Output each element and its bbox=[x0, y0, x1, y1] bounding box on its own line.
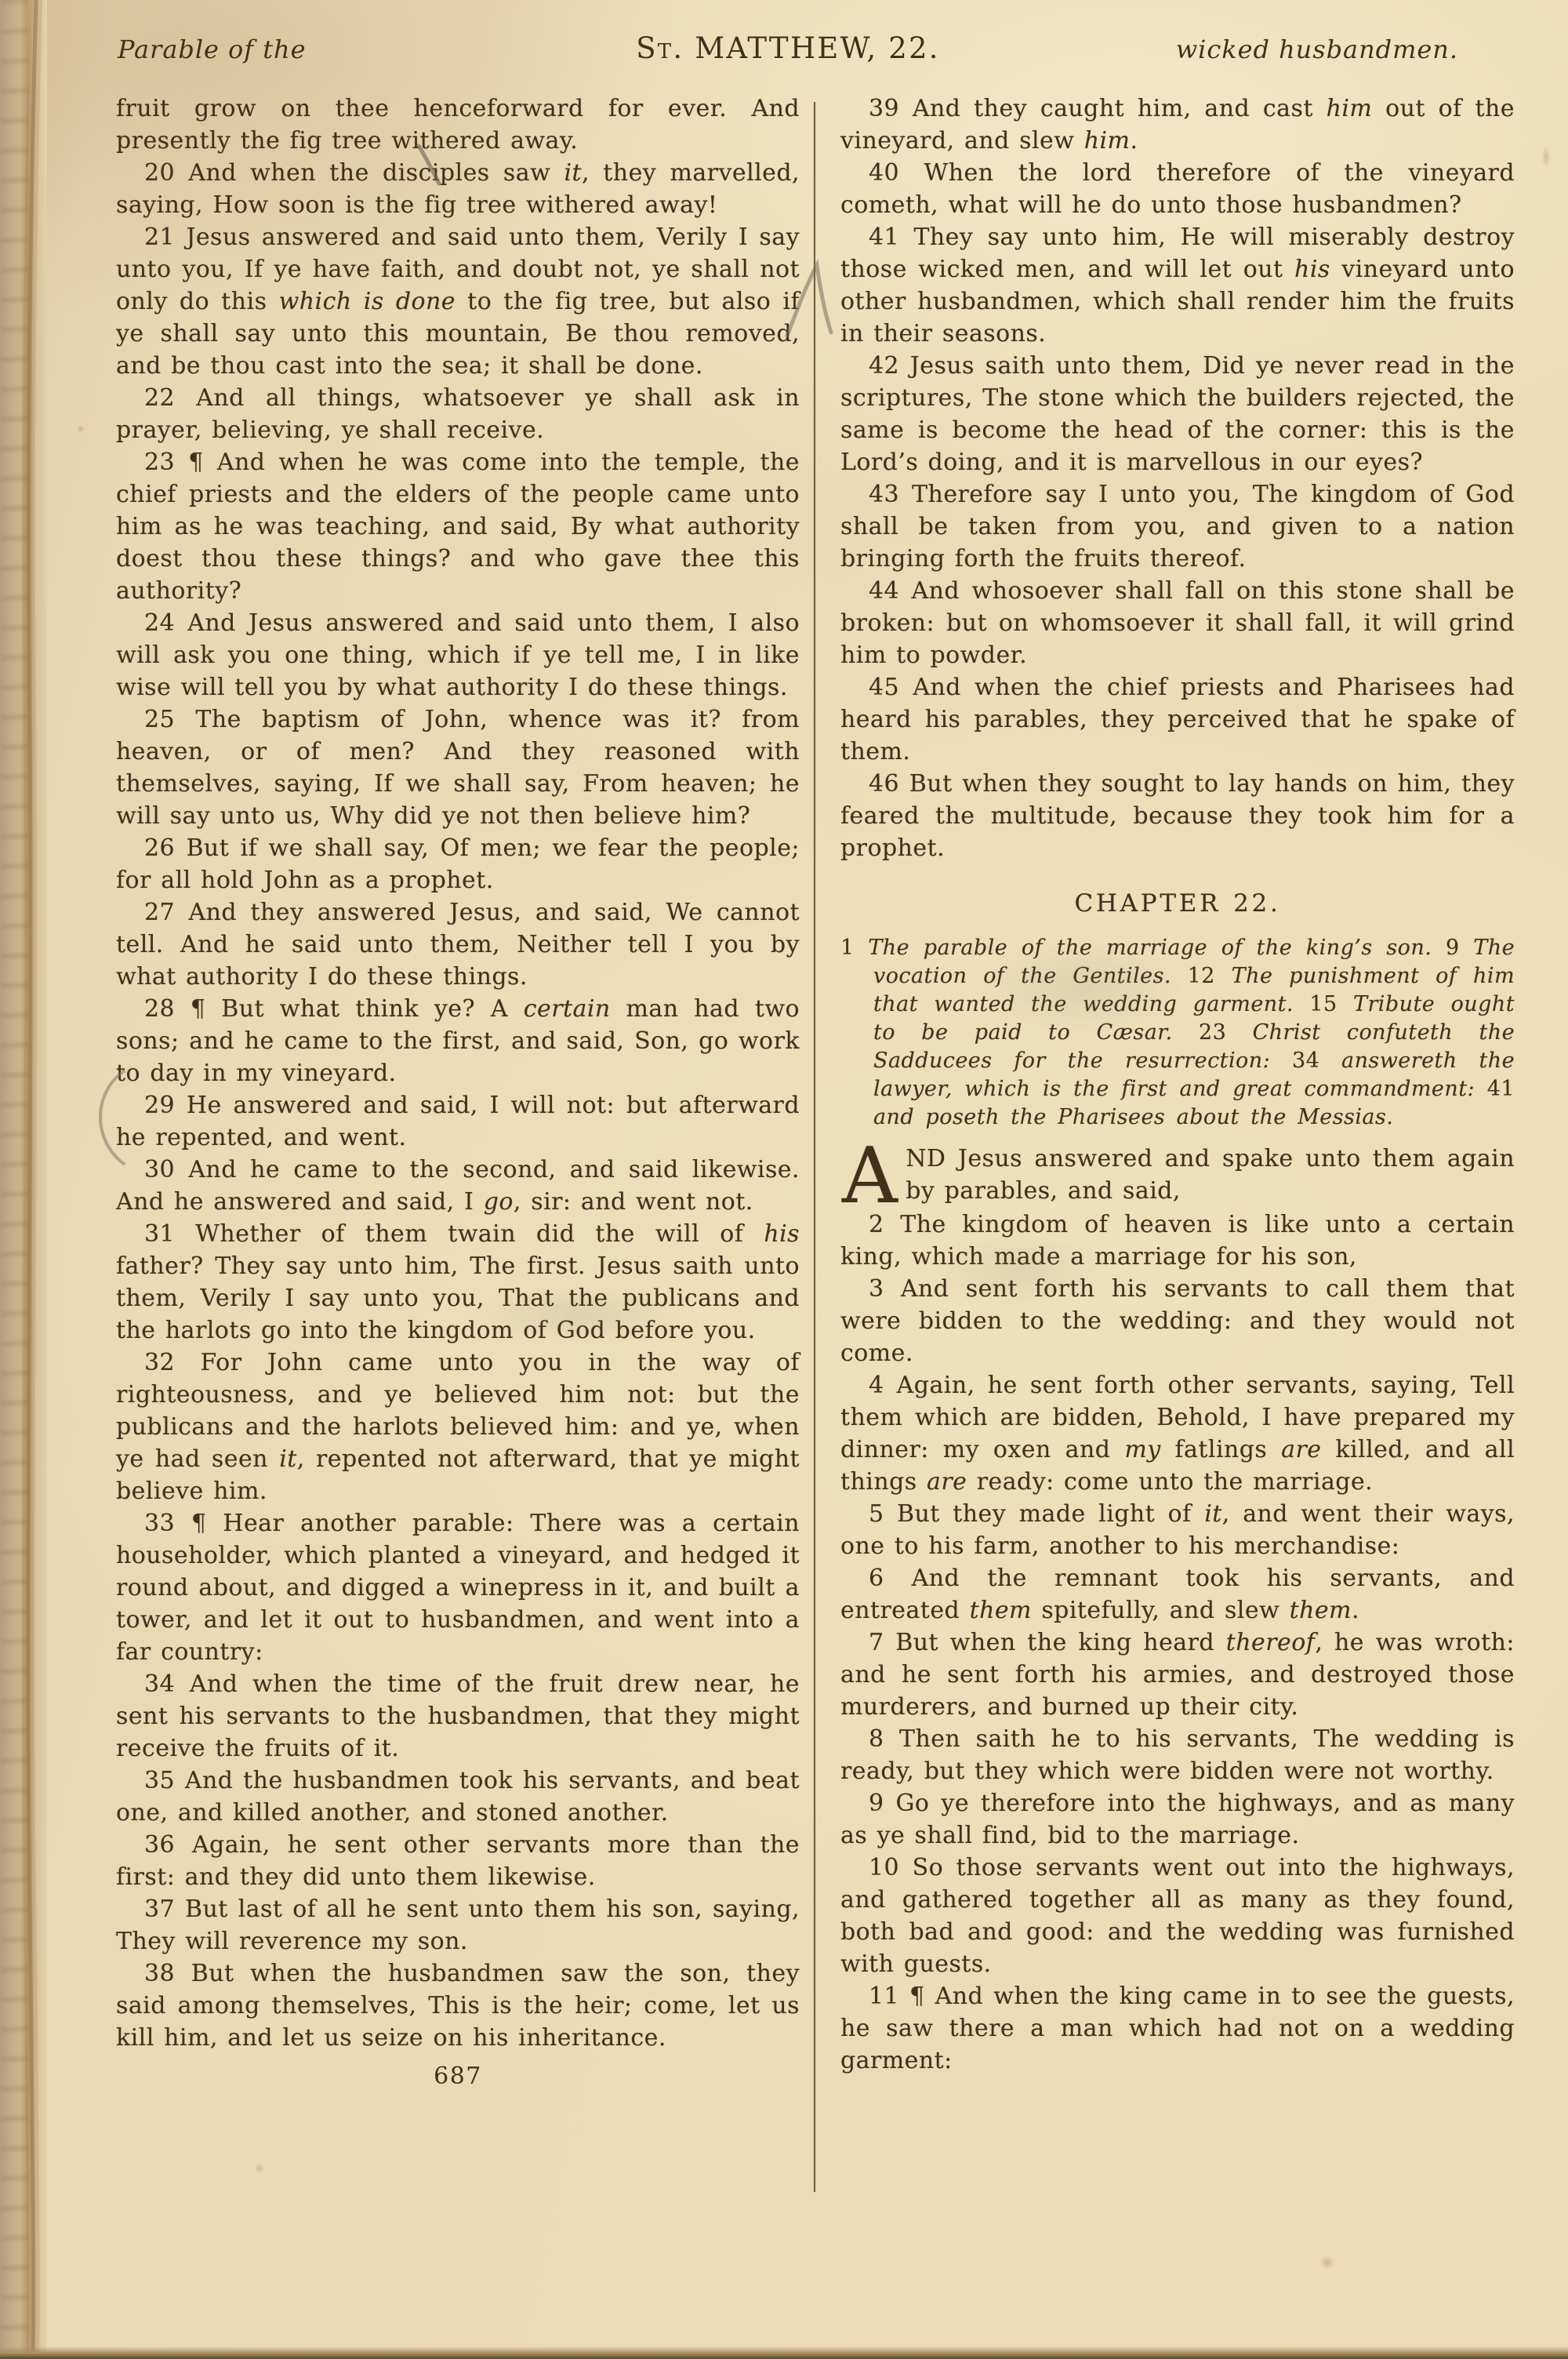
italic-text-run: them bbox=[970, 1597, 1032, 1624]
verse-paragraph: 11 ¶ And when the king came in to see th… bbox=[840, 1980, 1515, 2077]
text-run: 34 bbox=[1270, 1049, 1341, 1073]
verse-paragraph: 10 So those servants went out into the h… bbox=[840, 1852, 1515, 1980]
italic-text-run: which is done bbox=[279, 288, 456, 315]
verse-paragraph: 20 And when the disciples saw it, they m… bbox=[116, 157, 800, 221]
running-head-title: St. MATTHEW, 22. bbox=[486, 31, 1090, 65]
verse-paragraph: 33 ¶ Hear another parable: There was a c… bbox=[116, 1507, 800, 1668]
verse-paragraph: 46 But when they sought to lay hands on … bbox=[840, 768, 1515, 864]
verse-paragraph: 34 And when the time of the fruit drew n… bbox=[116, 1668, 800, 1765]
text-run: 1 bbox=[840, 936, 868, 960]
text-run: 42 Jesus saith unto them, Did ye never r… bbox=[840, 352, 1515, 476]
text-run: 31 Whether of them twain did the will of bbox=[144, 1220, 764, 1248]
verse-paragraph: 37 But last of all he sent unto them his… bbox=[116, 1893, 800, 1957]
verse-paragraph: 42 Jesus saith unto them, Did ye never r… bbox=[840, 350, 1515, 478]
verse-paragraph: 26 But if we shall say, Of men; we fear … bbox=[116, 832, 800, 896]
verse-paragraph: 45 And when the chief priests and Pharis… bbox=[840, 671, 1515, 768]
verse-paragraph: 28 ¶ But what think ye? A certain man ha… bbox=[116, 993, 800, 1089]
italic-text-run: my bbox=[1124, 1436, 1160, 1463]
italic-text-run: thereof bbox=[1226, 1629, 1316, 1656]
text-run: 43 Therefore say I unto you, The kingdom… bbox=[840, 481, 1515, 572]
foxing-spot bbox=[75, 423, 86, 434]
italic-text-run: it bbox=[279, 1445, 297, 1473]
text-run: 46 But when they sought to lay hands on … bbox=[840, 770, 1515, 862]
verse-paragraph: 35 And the husbandmen took his servants,… bbox=[116, 1765, 800, 1829]
italic-text-run: him bbox=[1327, 95, 1373, 122]
verse-paragraph: 40 When the lord therefore of the vineya… bbox=[840, 157, 1515, 221]
text-run: 8 Then saith he to his servants, The wed… bbox=[840, 1725, 1515, 1785]
verse-paragraph: 5 But they made light of it, and went th… bbox=[840, 1498, 1515, 1562]
text-run: . bbox=[1130, 127, 1138, 154]
text-run: 9 bbox=[1432, 936, 1473, 960]
text-run: . bbox=[1352, 1597, 1359, 1624]
verse-paragraph: 7 But when the king heard thereof, he wa… bbox=[840, 1627, 1515, 1723]
verse-paragraph: 38 But when the husbandmen saw the son, … bbox=[116, 1957, 800, 2054]
italic-text-run: certain bbox=[524, 995, 611, 1023]
opening-verse: AND Jesus answered and spake unto them a… bbox=[840, 1143, 1515, 1209]
text-run: 23 ¶ And when he was come into the templ… bbox=[116, 449, 800, 605]
verse-paragraph: 32 For John came unto you in the way of … bbox=[116, 1347, 800, 1507]
verse-paragraph: 41 They say unto him, He will miserably … bbox=[840, 221, 1515, 350]
continuation-paragraph: fruit grow on thee henceforward for ever… bbox=[116, 93, 800, 157]
text-run: 25 The baptism of John, whence was it? f… bbox=[116, 706, 800, 830]
text-run: 40 When the lord therefore of the vineya… bbox=[840, 159, 1515, 219]
italic-text-run: his bbox=[1294, 256, 1330, 283]
verse-paragraph: 4 Again, he sent forth other servants, s… bbox=[840, 1369, 1515, 1498]
text-run: 15 bbox=[1294, 992, 1353, 1016]
verse-paragraph: 24 And Jesus answered and said unto them… bbox=[116, 607, 800, 703]
right-text-column: 39 And they caught him, and cast him out… bbox=[840, 93, 1515, 2077]
italic-text-run: them bbox=[1290, 1597, 1352, 1624]
text-run: 37 But last of all he sent unto them his… bbox=[116, 1896, 800, 1955]
left-text-column: fruit grow on thee henceforward for ever… bbox=[116, 93, 800, 2092]
text-run: 41 bbox=[1475, 1077, 1515, 1101]
italic-text-run: him bbox=[1084, 127, 1131, 154]
italic-text-run: are bbox=[1281, 1436, 1321, 1463]
verse-paragraph: 29 He answered and said, I will not: but… bbox=[116, 1089, 800, 1154]
text-run: 45 And when the chief priests and Pharis… bbox=[840, 674, 1515, 765]
verse-paragraph: 30 And he came to the second, and said l… bbox=[116, 1154, 800, 1218]
text-run: 35 And the husbandmen took his servants,… bbox=[116, 1767, 800, 1826]
text-run: fatlings bbox=[1161, 1436, 1282, 1463]
chapter-heading: CHAPTER 22. bbox=[840, 888, 1515, 920]
italic-text-run: are bbox=[927, 1468, 967, 1496]
verse-paragraph: 21 Jesus answered and said unto them, Ve… bbox=[116, 221, 800, 382]
show-through-smudge bbox=[439, 1278, 721, 1349]
page-number: 687 bbox=[116, 2060, 800, 2092]
text-run: 44 And whosoever shall fall on this ston… bbox=[840, 577, 1515, 669]
text-run: 24 And Jesus answered and said unto them… bbox=[116, 609, 800, 701]
text-run: , sir: and went not. bbox=[514, 1188, 753, 1216]
text-run: 7 But when the king heard bbox=[869, 1629, 1226, 1656]
text-run: 20 And when the disciples saw bbox=[144, 159, 564, 187]
foxing-spot bbox=[252, 2161, 267, 2175]
text-run: fruit grow on thee henceforward for ever… bbox=[116, 95, 800, 154]
text-run: spitefully, and slew bbox=[1032, 1597, 1290, 1624]
verse-paragraph: 43 Therefore say I unto you, The kingdom… bbox=[840, 478, 1515, 575]
column-divider-rule bbox=[814, 102, 815, 2192]
previous-page-edge-texture bbox=[2, 0, 28, 2359]
text-run: 36 Again, he sent other servants more th… bbox=[116, 1831, 800, 1891]
verse-paragraph: 27 And they answered Jesus, and said, We… bbox=[116, 896, 800, 993]
text-run: 27 And they answered Jesus, and said, We… bbox=[116, 899, 800, 990]
italic-text-run: his bbox=[764, 1220, 800, 1248]
text-run: 5 But they made light of bbox=[869, 1500, 1204, 1528]
bible-page: Parable of the St. MATTHEW, 22. wicked h… bbox=[0, 0, 1568, 2359]
show-through-smudge bbox=[902, 1223, 1137, 1318]
running-head-right: wicked husbandmen. bbox=[1090, 35, 1458, 64]
text-run: 34 And when the time of the fruit drew n… bbox=[116, 1670, 800, 1762]
text-run: ND Jesus answered and spake unto them ag… bbox=[906, 1145, 1515, 1205]
text-run: 22 And all things, whatsoever ye shall a… bbox=[116, 384, 800, 444]
text-run: ready: come unto the marriage. bbox=[967, 1468, 1373, 1496]
text-run: 33 ¶ Hear another parable: There was a c… bbox=[116, 1510, 800, 1666]
text-run: 26 But if we shall say, Of men; we fear … bbox=[116, 834, 800, 894]
text-run: 28 ¶ But what think ye? A bbox=[144, 995, 524, 1023]
verse-paragraph: 8 Then saith he to his servants, The wed… bbox=[840, 1723, 1515, 1787]
running-head-left: Parable of the bbox=[118, 35, 486, 64]
text-run: 10 So those servants went out into the h… bbox=[840, 1854, 1515, 1978]
italic-text-run: go bbox=[484, 1188, 514, 1216]
text-run: 29 He answered and said, I will not: but… bbox=[116, 1092, 800, 1151]
verse-paragraph: 9 Go ye therefore into the highways, and… bbox=[840, 1787, 1515, 1852]
drop-cap-letter: A bbox=[840, 1143, 906, 1206]
text-run: 11 ¶ And when the king came in to see th… bbox=[840, 1983, 1515, 2074]
running-head: Parable of the St. MATTHEW, 22. wicked h… bbox=[118, 31, 1458, 65]
verse-paragraph: 25 The baptism of John, whence was it? f… bbox=[116, 703, 800, 832]
verse-paragraph: 23 ¶ And when he was come into the templ… bbox=[116, 446, 800, 607]
text-run: 39 And they caught him, and cast bbox=[869, 95, 1327, 122]
verse-paragraph: 44 And whosoever shall fall on this ston… bbox=[840, 575, 1515, 671]
text-run: 9 Go ye therefore into the highways, and… bbox=[840, 1790, 1515, 1849]
verse-paragraph: 39 And they caught him, and cast him out… bbox=[840, 93, 1515, 157]
foxing-spot bbox=[1540, 141, 1552, 173]
page-bottom-edge bbox=[0, 2346, 1568, 2359]
text-run: 38 But when the husbandmen saw the son, … bbox=[116, 1960, 800, 2052]
italic-text-run: and poseth the Pharisees about the Messi… bbox=[873, 1105, 1393, 1129]
foxing-spot bbox=[1317, 2252, 1338, 2273]
verse-paragraph: 6 And the remnant took his servants, and… bbox=[840, 1562, 1515, 1627]
italic-text-run: it bbox=[1204, 1500, 1222, 1528]
verse-paragraph: 36 Again, he sent other servants more th… bbox=[116, 1829, 800, 1893]
verse-paragraph: 22 And all things, whatsoever ye shall a… bbox=[116, 382, 800, 446]
show-through-smudge bbox=[941, 925, 1223, 1051]
italic-text-run: it bbox=[564, 159, 582, 187]
